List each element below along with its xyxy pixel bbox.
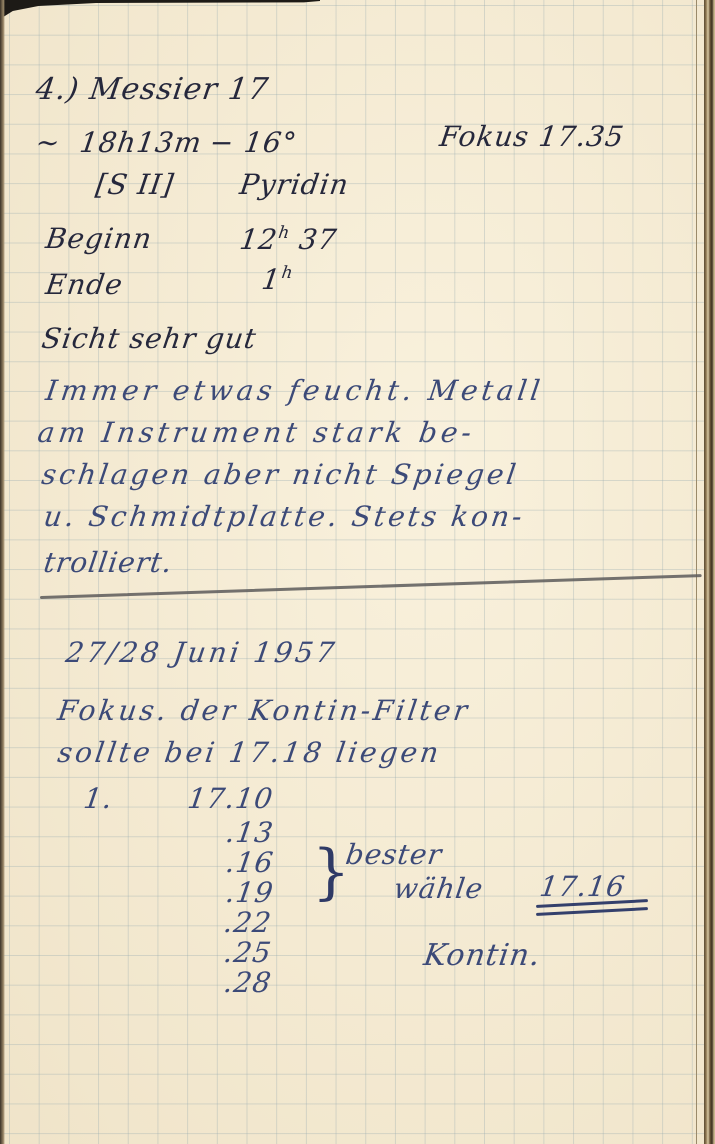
begin-time: 12h 37 — [238, 222, 340, 256]
focus-value-2: .13 — [224, 816, 276, 849]
choice-underline-2 — [536, 907, 648, 916]
dark-corner — [0, 0, 320, 20]
coords-prefix: ~ — [34, 126, 63, 159]
focus-value-5: .22 — [222, 906, 274, 939]
filter-note: Pyridin — [238, 168, 352, 201]
declination: − 16° — [208, 126, 300, 159]
choice-label: wähle — [392, 872, 486, 905]
note-line-5: trolliert. — [42, 546, 175, 579]
choice-value: 17.16 — [538, 870, 628, 903]
entry-heading: 4.) Messier 17 — [34, 72, 271, 107]
page-left-edge — [0, 0, 5, 1144]
notebook-binding — [704, 0, 715, 1144]
focus-value-4: .19 — [224, 876, 276, 909]
kontin-line-2: sollte bei 17.18 liegen — [56, 736, 444, 769]
end-label: Ende — [44, 268, 126, 301]
series-index: 1. — [82, 782, 115, 815]
entry-date: 27/28 Juni 1957 — [64, 636, 340, 669]
note-line-2: am Instrument stark be- — [36, 416, 478, 449]
focus-value-7: .28 — [222, 966, 274, 999]
seeing-note: Sicht sehr gut — [40, 322, 259, 355]
end-time: 1h — [260, 262, 295, 296]
focus-value-6: .25 — [222, 936, 274, 969]
bracket-icon: } — [312, 842, 350, 902]
note-line-3: schlagen aber nicht Spiegel — [40, 458, 521, 491]
page-right-margin-line — [696, 0, 697, 1144]
focus-value-3: .16 — [224, 846, 276, 879]
focus-value-1: 17.10 — [186, 782, 276, 815]
right-ascension: 18h13m — [78, 126, 204, 159]
filter-label: [S II] — [94, 168, 177, 201]
filter-kontin-label: Kontin. — [422, 938, 543, 973]
notebook-page: 4.) Messier 17 ~ 18h13m − 16° Fokus 17.3… — [0, 0, 715, 1144]
bracket-note: bester — [344, 838, 445, 871]
begin-label: Beginn — [44, 222, 155, 255]
note-line-4: u. Schmidtplatte. Stets kon- — [42, 500, 527, 533]
focus-value: Fokus 17.35 — [438, 120, 627, 153]
note-line-1: Immer etwas feucht. Metall — [44, 374, 546, 407]
kontin-line-1: Fokus. der Kontin-Filter — [56, 694, 473, 727]
